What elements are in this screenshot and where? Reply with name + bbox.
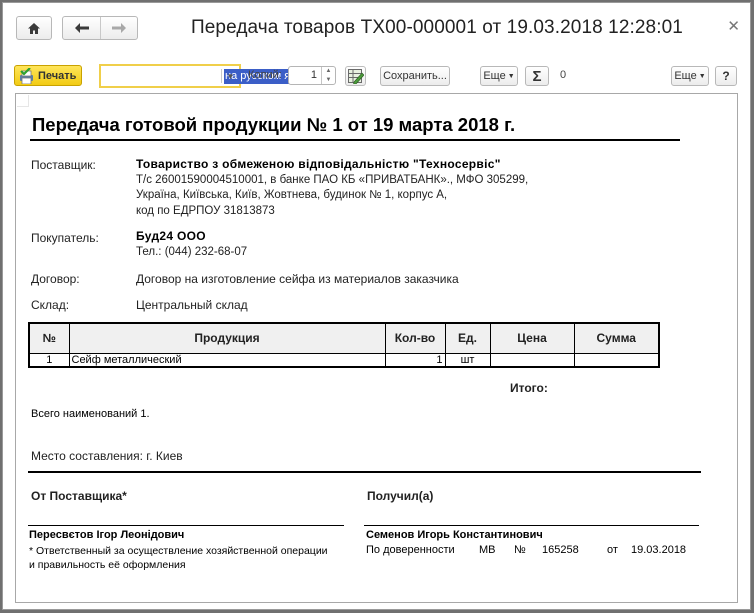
from-supplier-heading: От Поставщика* xyxy=(31,489,127,503)
supplier-name: Товариство з обмеженою відповідальністю … xyxy=(136,157,501,171)
spin-down-icon[interactable]: ▼ xyxy=(326,77,332,83)
sum-button[interactable]: Σ xyxy=(525,66,549,86)
place-of-issue: Место составления: г. Киев xyxy=(31,449,183,463)
supplier-address: Україна, Київська, Київ, Жовтнева, будин… xyxy=(136,189,447,201)
window-title: Передача товаров ТХ00-000001 от 19.03.20… xyxy=(191,17,683,39)
print-form-window: Передача товаров ТХ00-000001 от 19.03.20… xyxy=(2,2,751,610)
printer-icon xyxy=(18,68,35,84)
contract-value: Договор на изготовление сейфа из материа… xyxy=(136,272,459,286)
help-button[interactable]: ? xyxy=(715,66,737,86)
supplier-label: Поставщик: xyxy=(31,158,96,172)
total-label: Итого: xyxy=(510,381,548,395)
warehouse-label: Склад: xyxy=(31,298,69,312)
separator-line xyxy=(28,471,701,473)
arrow-right-icon xyxy=(112,23,126,33)
chevron-down-icon[interactable]: ▼ xyxy=(221,69,239,83)
proxy-series: МВ xyxy=(479,544,496,556)
receiver-signer: Семенов Игорь Константинович xyxy=(366,529,543,541)
proxy-date: 19.03.2018 xyxy=(631,544,686,556)
table-row: 1 Сейф металлический 1 шт xyxy=(29,353,659,367)
buyer-phone: Тел.: (044) 232-68-07 xyxy=(136,246,247,258)
supplier-note: * Ответственный за осуществление хозяйст… xyxy=(29,544,329,572)
caret-down-icon: ▼ xyxy=(699,73,706,80)
cell-sum xyxy=(574,353,659,367)
language-select[interactable]: на русском языке ▼ xyxy=(99,64,241,88)
cell-number: 1 xyxy=(29,353,69,367)
proxy-date-label: от xyxy=(607,544,618,556)
items-count: Всего наименований 1. xyxy=(31,408,150,420)
document-title: Передача готовой продукции № 1 от 19 мар… xyxy=(32,114,515,136)
cell-unit: шт xyxy=(445,353,490,367)
col-qty: Кол-во xyxy=(385,323,445,353)
title-underline xyxy=(30,139,680,141)
forward-button[interactable] xyxy=(100,17,137,39)
toolbar: Печать на русском языке ▼ Копий: 1 ▲ ▼ С… xyxy=(3,64,750,88)
back-button[interactable] xyxy=(63,17,100,39)
sum-value: 0 xyxy=(560,69,566,81)
proxy-number-label: № xyxy=(514,544,526,556)
proxy-number: 165258 xyxy=(542,544,579,556)
save-button[interactable]: Сохранить... xyxy=(380,66,450,86)
arrow-left-icon xyxy=(75,23,89,33)
spreadsheet-document[interactable]: Передача готовой продукции № 1 от 19 мар… xyxy=(15,93,738,603)
print-label: Печать xyxy=(38,70,76,82)
home-button-group xyxy=(16,16,52,40)
cell-qty: 1 xyxy=(385,353,445,367)
history-nav xyxy=(62,16,138,40)
print-button[interactable]: Печать xyxy=(14,65,82,86)
supplier-signature-line xyxy=(28,525,344,526)
copies-label: Копий: xyxy=(248,69,282,81)
col-product: Продукция xyxy=(69,323,385,353)
edit-table-button[interactable] xyxy=(345,66,366,86)
caret-down-icon: ▼ xyxy=(508,73,515,80)
proxy-label: По доверенности xyxy=(366,544,455,556)
spin-buttons[interactable]: ▲ ▼ xyxy=(321,67,335,84)
spin-up-icon[interactable]: ▲ xyxy=(326,68,332,74)
more-menu-button[interactable]: Еще▼ xyxy=(480,66,518,86)
more-menu-button-2[interactable]: Еще▼ xyxy=(671,66,709,86)
copies-value[interactable]: 1 xyxy=(289,67,321,84)
home-button[interactable] xyxy=(17,17,51,39)
cell-product: Сейф металлический xyxy=(69,353,385,367)
contract-label: Договор: xyxy=(31,272,80,286)
cell-price xyxy=(490,353,574,367)
supplier-bank: Т/с 26001590004510001, в банке ПАО КБ «П… xyxy=(136,174,528,186)
supplier-signer: Пересвєтов Ігор Леонідович xyxy=(29,529,184,541)
items-table: № Продукция Кол-во Ед. Цена Сумма 1 Сейф… xyxy=(28,322,660,368)
more-label-2: Еще xyxy=(674,70,696,82)
col-price: Цена xyxy=(490,323,574,353)
table-edit-icon xyxy=(348,69,364,84)
col-number: № xyxy=(29,323,69,353)
buyer-name: Буд24 ООО xyxy=(136,229,206,243)
buyer-label: Покупатель: xyxy=(31,231,99,245)
col-sum: Сумма xyxy=(574,323,659,353)
supplier-code: код по ЕДРПОУ 31813873 xyxy=(136,205,275,217)
home-icon xyxy=(28,23,40,34)
warehouse-value: Центральный склад xyxy=(136,298,248,312)
copies-stepper[interactable]: 1 ▲ ▼ xyxy=(288,66,336,85)
more-label: Еще xyxy=(483,70,505,82)
table-header-row: № Продукция Кол-во Ед. Цена Сумма xyxy=(29,323,659,353)
sheet-corner xyxy=(17,95,29,107)
receiver-signature-line xyxy=(364,525,699,526)
close-icon[interactable]: ✕ xyxy=(727,17,740,35)
col-unit: Ед. xyxy=(445,323,490,353)
received-heading: Получил(а) xyxy=(367,489,433,503)
